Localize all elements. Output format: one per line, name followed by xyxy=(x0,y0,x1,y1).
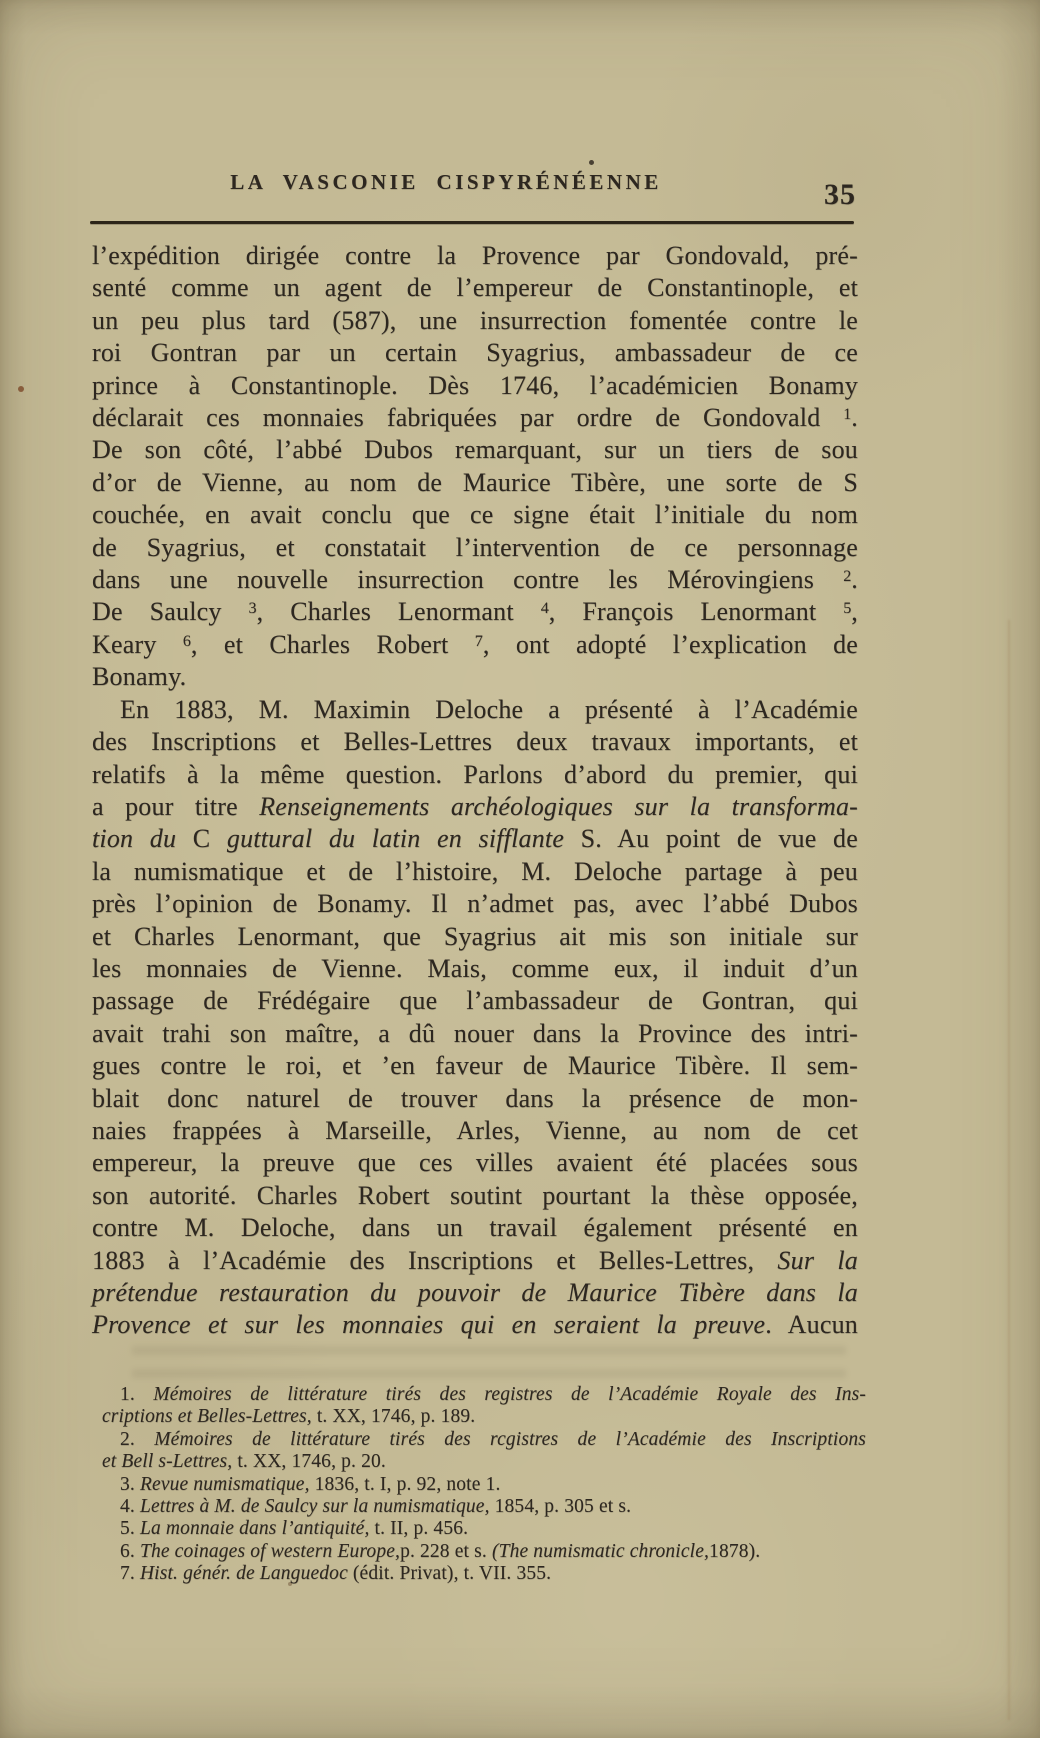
footnote-line: 3. Revue numismatique, 1836, t. I, p. 92… xyxy=(102,1474,866,1496)
text-line: les monnaies de Vienne. Mais, comme eux,… xyxy=(92,953,858,985)
text-line: dans une nouvelle insurrection contre le… xyxy=(92,564,858,596)
running-head: LA VASCONIE CISPYRÉNÉENNE 35 xyxy=(92,164,856,220)
text-line: et Charles Lenormant, que Syagrius ait m… xyxy=(92,921,858,953)
footnotes-block: 1. Mémoires de littérature tirés des reg… xyxy=(102,1384,866,1586)
text-line: prétendue restauration du pouvoir de Mau… xyxy=(92,1277,858,1309)
text-line: empereur, la preuve que ces villes avaie… xyxy=(92,1147,858,1179)
text-line: tion du C guttural du latin en sifflante… xyxy=(92,823,858,855)
body-text-block: l’expédition dirigée contre la Provence … xyxy=(92,240,858,1342)
text-line: un peu plus tard (587), une insurrection… xyxy=(92,305,858,337)
text-line: avait trahi son maître, a dû nouer dans … xyxy=(92,1018,858,1050)
text-line: De son côté, l’abbé Dubos remarquant, su… xyxy=(92,434,858,466)
text-line: En 1883, M. Maximin Deloche a présenté à… xyxy=(92,694,858,726)
text-line: couchée, en avait conclu que ce signe ét… xyxy=(92,499,858,531)
text-line: son autorité. Charles Robert soutint pou… xyxy=(92,1180,858,1212)
text-line: naies frappées à Marseille, Arles, Vienn… xyxy=(92,1115,858,1147)
footnote-line: 5. La monnaie dans l’antiquité, t. II, p… xyxy=(102,1518,866,1540)
text-line: 1883 à l’Académie des Inscriptions et Be… xyxy=(92,1245,858,1277)
text-line: d’or de Vienne, au nom de Maurice Tibère… xyxy=(92,467,858,499)
text-line: a pour titre Renseignements archéologiqu… xyxy=(92,791,858,823)
text-line: roi Gontran par un certain Syagrius, amb… xyxy=(92,337,858,369)
footnote-line: 7. Hist. génér. de Languedoc (édit. Priv… xyxy=(102,1563,866,1585)
footnote-line: et Bell s-Lettres, t. XX, 1746, p. 20. xyxy=(102,1451,866,1473)
text-line: près l’opinion de Bonamy. Il n’admet pas… xyxy=(92,888,858,920)
text-line: prince à Constantinople. Dès 1746, l’aca… xyxy=(92,370,858,402)
text-line: la numismatique et de l’histoire, M. Del… xyxy=(92,856,858,888)
text-line: passage de Frédégaire que l’ambassadeur … xyxy=(92,985,858,1017)
page-number: 35 xyxy=(824,178,856,212)
text-line: relatifs à la même question. Parlons d’a… xyxy=(92,759,858,791)
text-line: Provence et sur les monnaies qui en sera… xyxy=(92,1309,858,1341)
text-line: l’expédition dirigée contre la Provence … xyxy=(92,240,858,272)
footnote-line: 4. Lettres à M. de Saulcy sur la numisma… xyxy=(102,1496,866,1518)
text-line: des Inscriptions et Belles-Lettres deux … xyxy=(92,726,858,758)
text-line: senté comme un agent de l’empereur de Co… xyxy=(92,272,858,304)
paper-crease xyxy=(1008,620,1010,1720)
header-rule xyxy=(90,221,854,224)
footnote-line: 1. Mémoires de littérature tirés des reg… xyxy=(102,1384,866,1406)
footnote-line: 6. The coinages of western Europe,p. 228… xyxy=(102,1541,866,1563)
text-line: déclarait ces monnaies fabriquées par or… xyxy=(92,402,858,434)
text-line: Bonamy. xyxy=(92,661,858,693)
text-line: de Syagrius, et constatait l’interventio… xyxy=(92,532,858,564)
text-line: contre M. Deloche, dans un travail égale… xyxy=(92,1212,858,1244)
footnote-line: criptions et Belles-Lettres, t. XX, 1746… xyxy=(102,1406,866,1428)
text-line: blait donc naturel de trouver dans la pr… xyxy=(92,1083,858,1115)
text-line: De Saulcy 3, Charles Lenormant 4, Franço… xyxy=(92,596,858,628)
text-line: gues contre le roi, et ’en faveur de Mau… xyxy=(92,1050,858,1082)
text-line: Keary 6, et Charles Robert 7, ont adopté… xyxy=(92,629,858,661)
page-header-title: LA VASCONIE CISPYRÉNÉENNE xyxy=(230,170,661,195)
paper-speck xyxy=(18,386,24,392)
scanned-book-page: { "colors": { "paper": "#c4ba95", "ink":… xyxy=(0,0,1040,1738)
footnote-line: 2. Mémoires de littérature tirés des rcg… xyxy=(102,1429,866,1451)
